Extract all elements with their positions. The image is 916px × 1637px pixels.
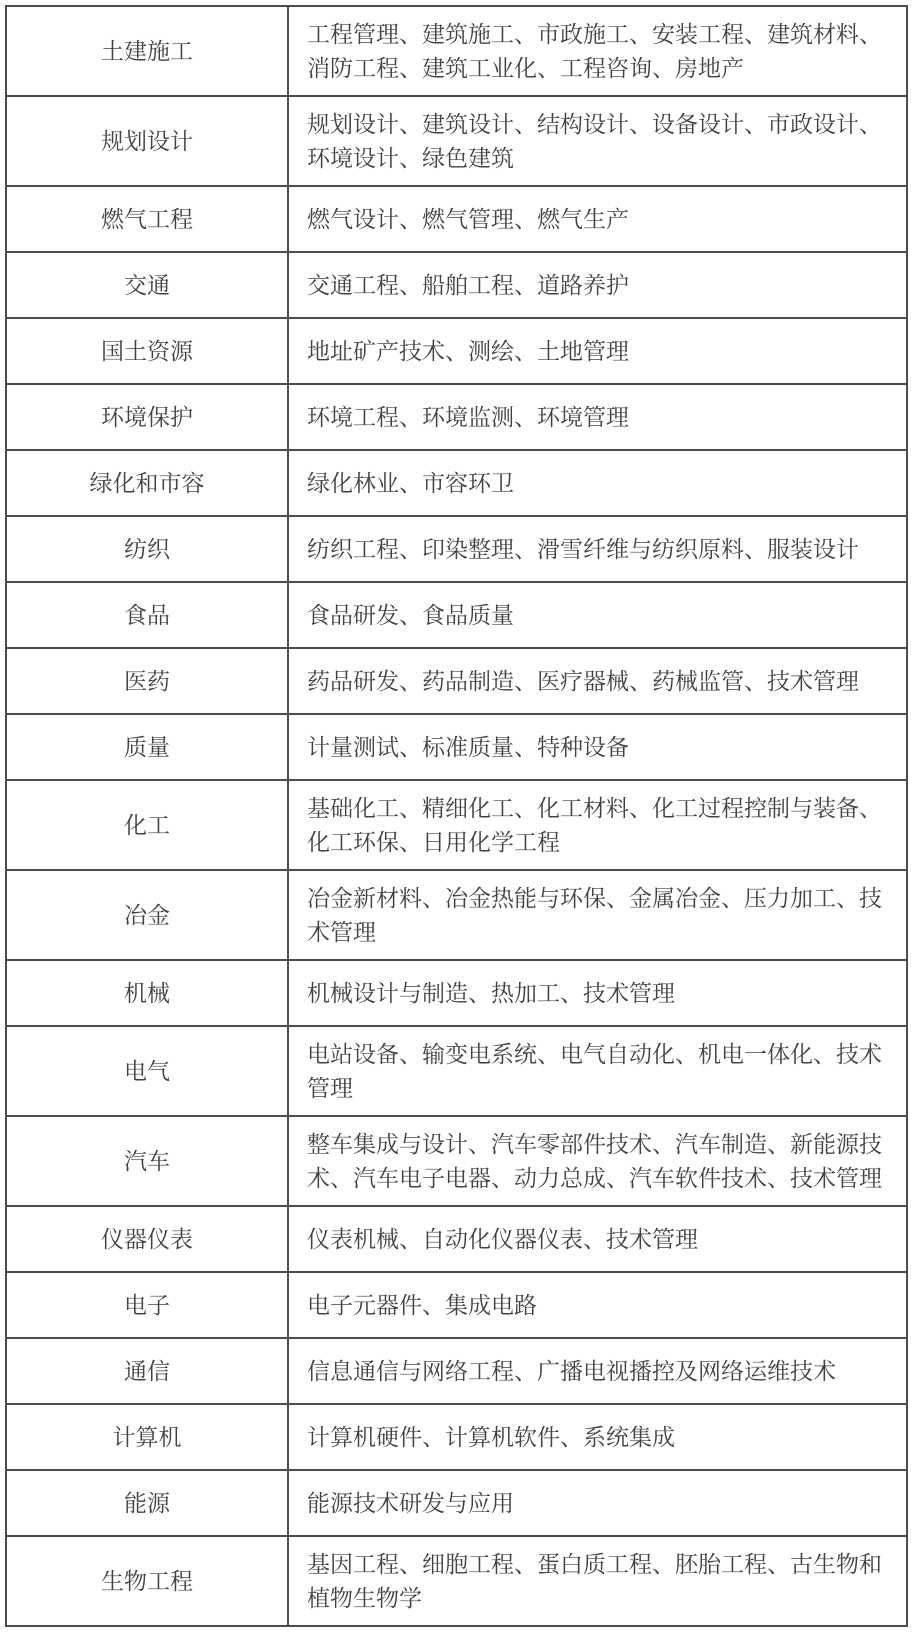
category-cell: 国土资源 — [6, 318, 288, 384]
details-cell: 环境工程、环境监测、环境管理 — [288, 384, 907, 450]
details-cell: 计算机硬件、计算机软件、系统集成 — [288, 1404, 907, 1470]
details-cell: 工程管理、建筑施工、市政施工、安装工程、建筑材料、消防工程、建筑工业化、工程咨询… — [288, 6, 907, 96]
details-cell: 地址矿产技术、测绘、土地管理 — [288, 318, 907, 384]
table-row: 食品食品研发、食品质量 — [6, 582, 907, 648]
table-row: 机械机械设计与制造、热加工、技术管理 — [6, 960, 907, 1026]
category-cell: 医药 — [6, 648, 288, 714]
table-row: 冶金冶金新材料、冶金热能与环保、金属冶金、压力加工、技术管理 — [6, 870, 907, 960]
details-cell: 电子元器件、集成电路 — [288, 1272, 907, 1338]
details-cell: 交通工程、船舶工程、道路养护 — [288, 252, 907, 318]
details-cell: 食品研发、食品质量 — [288, 582, 907, 648]
details-cell: 仪表机械、自动化仪器仪表、技术管理 — [288, 1206, 907, 1272]
category-cell: 电气 — [6, 1026, 288, 1116]
table-row: 国土资源地址矿产技术、测绘、土地管理 — [6, 318, 907, 384]
table-row: 环境保护环境工程、环境监测、环境管理 — [6, 384, 907, 450]
category-cell: 机械 — [6, 960, 288, 1026]
table-body: 土建施工工程管理、建筑施工、市政施工、安装工程、建筑材料、消防工程、建筑工业化、… — [6, 6, 907, 1626]
category-cell: 生物工程 — [6, 1536, 288, 1626]
table-row: 电气电站设备、输变电系统、电气自动化、机电一体化、技术管理 — [6, 1026, 907, 1116]
category-cell: 规划设计 — [6, 96, 288, 186]
details-cell: 绿化林业、市容环卫 — [288, 450, 907, 516]
category-cell: 绿化和市容 — [6, 450, 288, 516]
table-row: 生物工程基因工程、细胞工程、蛋白质工程、胚胎工程、古生物和植物生物学 — [6, 1536, 907, 1626]
table-row: 仪器仪表仪表机械、自动化仪器仪表、技术管理 — [6, 1206, 907, 1272]
details-cell: 能源技术研发与应用 — [288, 1470, 907, 1536]
table-row: 纺织纺织工程、印染整理、滑雪纤维与纺织原料、服装设计 — [6, 516, 907, 582]
table-row: 通信信息通信与网络工程、广播电视播控及网络运维技术 — [6, 1338, 907, 1404]
category-cell: 计算机 — [6, 1404, 288, 1470]
category-cell: 燃气工程 — [6, 186, 288, 252]
industry-category-table: 土建施工工程管理、建筑施工、市政施工、安装工程、建筑材料、消防工程、建筑工业化、… — [5, 5, 908, 1627]
category-cell: 通信 — [6, 1338, 288, 1404]
details-cell: 纺织工程、印染整理、滑雪纤维与纺织原料、服装设计 — [288, 516, 907, 582]
category-cell: 交通 — [6, 252, 288, 318]
table-row: 规划设计规划设计、建筑设计、结构设计、设备设计、市政设计、环境设计、绿色建筑 — [6, 96, 907, 186]
details-cell: 基础化工、精细化工、化工材料、化工过程控制与装备、化工环保、日用化学工程 — [288, 780, 907, 870]
table-row: 质量计量测试、标准质量、特种设备 — [6, 714, 907, 780]
details-cell: 计量测试、标准质量、特种设备 — [288, 714, 907, 780]
table-row: 汽车整车集成与设计、汽车零部件技术、汽车制造、新能源技术、汽车电子电器、动力总成… — [6, 1116, 907, 1206]
page: 土建施工工程管理、建筑施工、市政施工、安装工程、建筑材料、消防工程、建筑工业化、… — [0, 0, 916, 1637]
details-cell: 机械设计与制造、热加工、技术管理 — [288, 960, 907, 1026]
table-row: 电子电子元器件、集成电路 — [6, 1272, 907, 1338]
table-row: 化工基础化工、精细化工、化工材料、化工过程控制与装备、化工环保、日用化学工程 — [6, 780, 907, 870]
table-row: 计算机计算机硬件、计算机软件、系统集成 — [6, 1404, 907, 1470]
details-cell: 信息通信与网络工程、广播电视播控及网络运维技术 — [288, 1338, 907, 1404]
table-row: 土建施工工程管理、建筑施工、市政施工、安装工程、建筑材料、消防工程、建筑工业化、… — [6, 6, 907, 96]
details-cell: 药品研发、药品制造、医疗器械、药械监管、技术管理 — [288, 648, 907, 714]
category-cell: 化工 — [6, 780, 288, 870]
table-row: 医药药品研发、药品制造、医疗器械、药械监管、技术管理 — [6, 648, 907, 714]
details-cell: 整车集成与设计、汽车零部件技术、汽车制造、新能源技术、汽车电子电器、动力总成、汽… — [288, 1116, 907, 1206]
category-cell: 土建施工 — [6, 6, 288, 96]
table-row: 燃气工程燃气设计、燃气管理、燃气生产 — [6, 186, 907, 252]
category-cell: 电子 — [6, 1272, 288, 1338]
category-cell: 质量 — [6, 714, 288, 780]
details-cell: 规划设计、建筑设计、结构设计、设备设计、市政设计、环境设计、绿色建筑 — [288, 96, 907, 186]
category-cell: 能源 — [6, 1470, 288, 1536]
category-cell: 食品 — [6, 582, 288, 648]
table-row: 交通交通工程、船舶工程、道路养护 — [6, 252, 907, 318]
details-cell: 基因工程、细胞工程、蛋白质工程、胚胎工程、古生物和植物生物学 — [288, 1536, 907, 1626]
details-cell: 燃气设计、燃气管理、燃气生产 — [288, 186, 907, 252]
details-cell: 电站设备、输变电系统、电气自动化、机电一体化、技术管理 — [288, 1026, 907, 1116]
table-row: 能源能源技术研发与应用 — [6, 1470, 907, 1536]
table-row: 绿化和市容绿化林业、市容环卫 — [6, 450, 907, 516]
category-cell: 纺织 — [6, 516, 288, 582]
details-cell: 冶金新材料、冶金热能与环保、金属冶金、压力加工、技术管理 — [288, 870, 907, 960]
category-cell: 环境保护 — [6, 384, 288, 450]
category-cell: 冶金 — [6, 870, 288, 960]
category-cell: 汽车 — [6, 1116, 288, 1206]
category-cell: 仪器仪表 — [6, 1206, 288, 1272]
